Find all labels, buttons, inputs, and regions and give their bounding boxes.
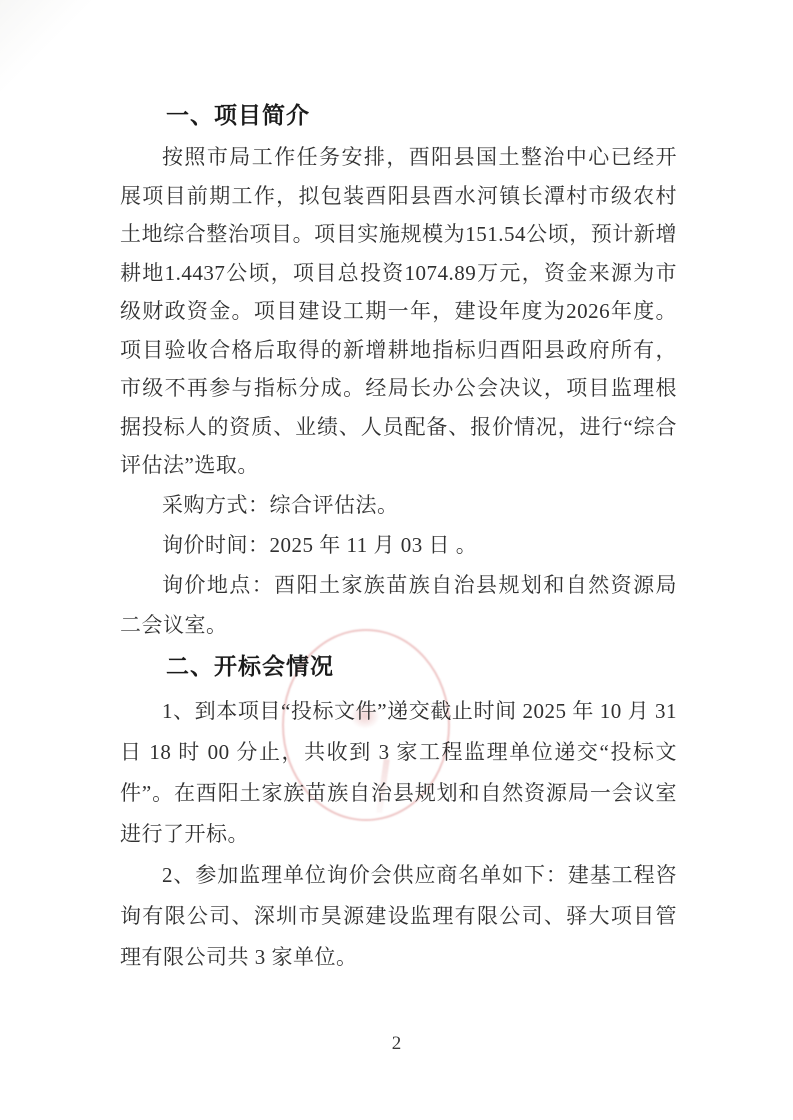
section-2-item-2: 2、参加监理单位询价会供应商名单如下：建基工程咨询有限公司、深圳市昊源建设监理有… <box>120 855 677 978</box>
section-2-item-1: 1、到本项目“投标文件”递交截止时间 2025 年 10 月 31 日 18 时… <box>120 691 677 855</box>
document-page: 一、项目简介 按照市局工作任务安排，酉阳县国土整治中心已经开展项目前期工作，拟包… <box>0 0 793 1120</box>
inquiry-time-line: 询价时间：2025 年 11 月 03 日 。 <box>120 525 677 565</box>
page-number: 2 <box>0 1033 793 1055</box>
document-body: 一、项目简介 按照市局工作任务安排，酉阳县国土整治中心已经开展项目前期工作，拟包… <box>120 100 677 978</box>
procurement-method-line: 采购方式：综合评估法。 <box>120 485 677 525</box>
section-1-heading: 一、项目简介 <box>120 100 677 132</box>
section-2-heading: 二、开标会情况 <box>120 651 677 683</box>
section-1-intro-paragraph: 按照市局工作任务安排，酉阳县国土整治中心已经开展项目前期工作，拟包装酉阳县酉水河… <box>120 138 677 485</box>
inquiry-location-line: 询价地点：酉阳土家族苗族自治县规划和自然资源局二会议室。 <box>120 565 677 645</box>
